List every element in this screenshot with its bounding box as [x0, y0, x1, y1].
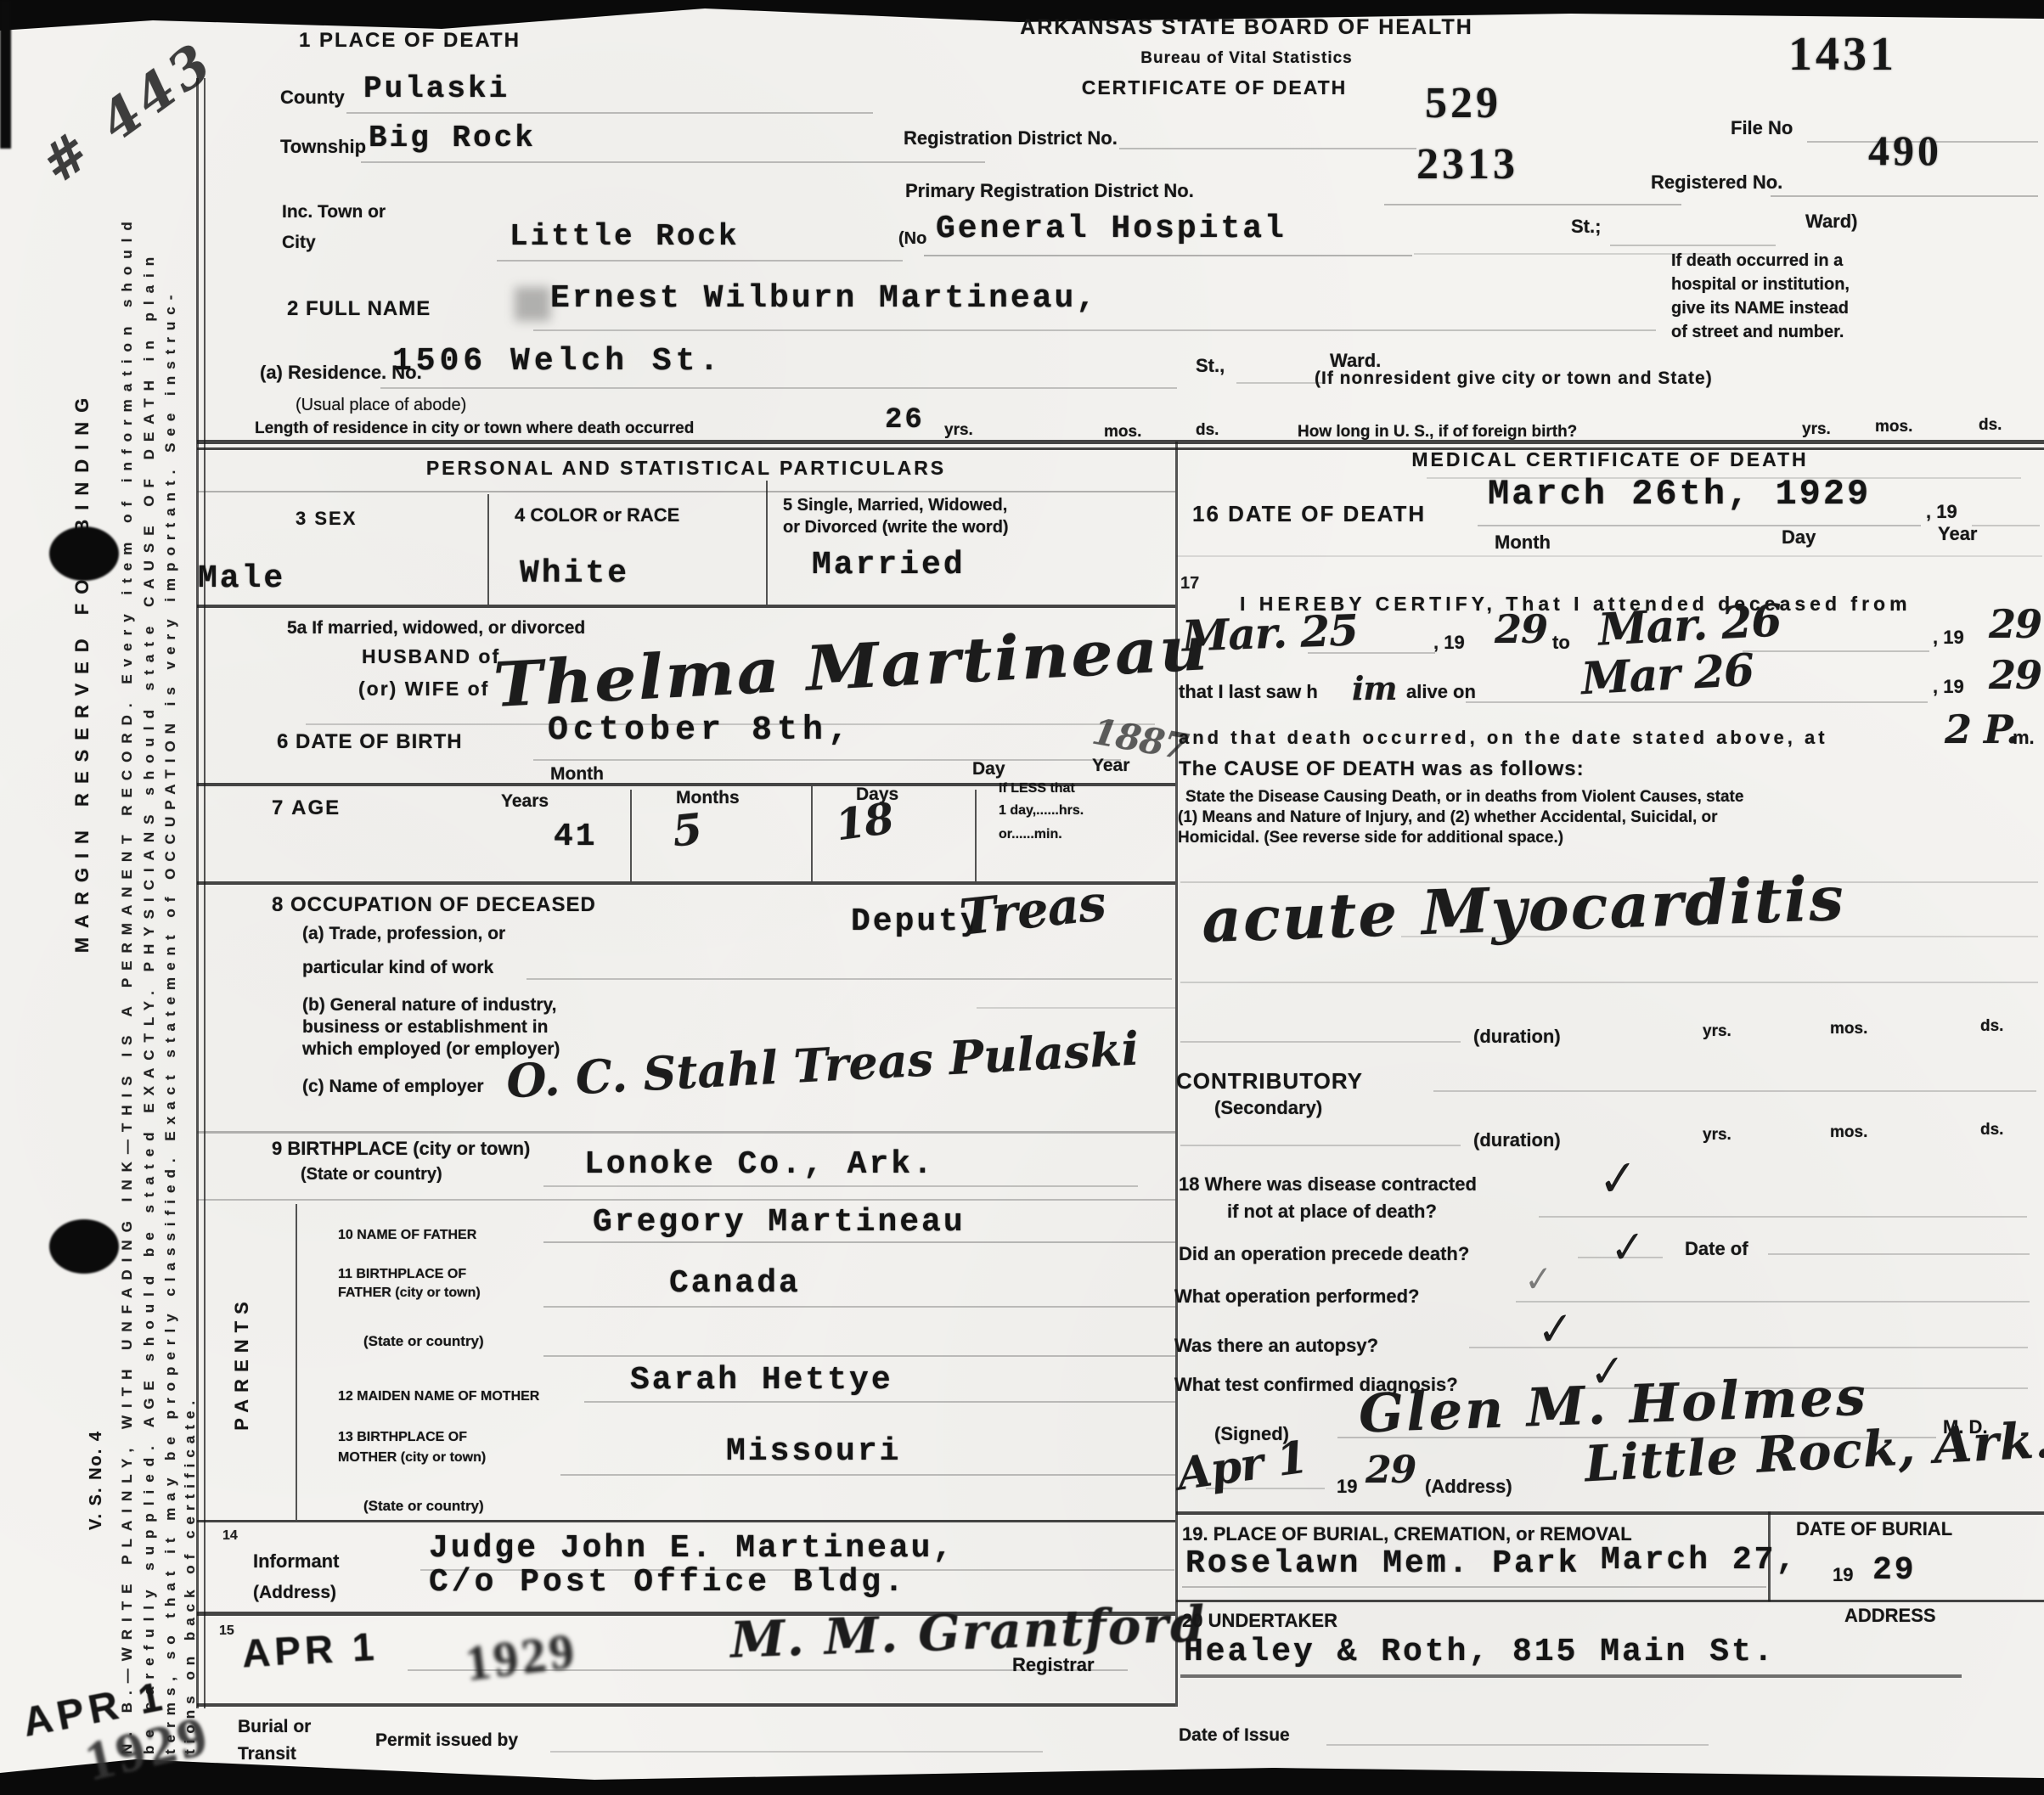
age-days-value: 18 [832, 793, 896, 851]
operation-performed-line [1516, 1301, 2030, 1303]
sign-pre19: 19 [1337, 1476, 1357, 1498]
undertaker-value: Healey & Roth, 815 Main St. [1184, 1634, 1776, 1670]
undertaker-label: 20 UNDERTAKER [1182, 1610, 1337, 1632]
registered-no-label: Registered No. [1651, 172, 1782, 194]
last-saw-yy: 29 [1989, 652, 2041, 698]
birthplace-label-2: (State or country) [301, 1165, 442, 1184]
autopsy-check-mark: ✓ [1536, 1302, 1574, 1358]
operation-performed-question: What operation performed? [1174, 1286, 1419, 1308]
undertaker-address-label: ADDRESS [1844, 1605, 1936, 1627]
mos-label-2: mos. [1875, 418, 1912, 436]
duration-label-1: (duration) [1473, 1026, 1561, 1048]
duration1-yrs: yrs. [1703, 1022, 1731, 1041]
dob-value: October 8th, [548, 712, 853, 750]
sex-table-bottom-rule [197, 605, 1175, 608]
operation-line-2 [1768, 1253, 2030, 1255]
last-saw-pre-text: that I last saw h [1179, 681, 1318, 703]
operation-date-of-label: Date of [1685, 1238, 1748, 1260]
reg-district-line [1119, 148, 1416, 149]
mother-maiden-label: 12 MAIDEN NAME OF MOTHER [338, 1389, 539, 1404]
medical-section-title: MEDICAL CERTIFICATE OF DEATH [1176, 448, 2044, 471]
duration2-mos: mos. [1830, 1123, 1867, 1142]
father-name-line [543, 1241, 1175, 1243]
autopsy-question: Was there an autopsy? [1174, 1335, 1378, 1357]
cause-note-3: Homicidal. (See reverse side for additio… [1178, 829, 1563, 847]
dob-year-label: Year [1092, 756, 1129, 776]
dob-month-label: Month [550, 764, 604, 785]
dob-line [533, 759, 1121, 761]
attended-line-2 [1743, 650, 1929, 652]
marital-value: Married [812, 547, 966, 583]
full-name-label: 2 FULL NAME [287, 297, 431, 321]
sex-table-top-rule [197, 491, 1175, 492]
form-left-border-inner [204, 78, 206, 1708]
residence-st-label: St., [1196, 355, 1225, 377]
cause-note-2: (1) Means and Nature of Injury, and (2) … [1178, 808, 1718, 827]
age-months-value: 5 [670, 803, 704, 856]
abode-note: (Usual place of abode) [296, 396, 466, 415]
father-birthplace-label-2: FATHER (city or town) [338, 1286, 481, 1301]
filed-year-stamp: 1929 [462, 1622, 580, 1692]
ds-label-2: ds. [1979, 416, 2002, 435]
duration-label-2: (duration) [1473, 1129, 1561, 1151]
cause-guide-3 [1180, 982, 2038, 983]
sign-date-script: Apr 1 [1174, 1432, 1310, 1501]
township-value: Big Rock [369, 121, 536, 155]
parents-bottom-rule [197, 1520, 1175, 1522]
registered-no-line [1771, 195, 2038, 197]
file-no-label: File No [1731, 117, 1793, 139]
secondary-label: (Secondary) [1214, 1097, 1322, 1119]
father-name-value: Gregory Martineau [593, 1204, 966, 1241]
burial-date-yy: 29 [1872, 1552, 1917, 1589]
occupation-a-label-1: (a) Trade, profession, or [302, 924, 505, 944]
cause-note-1: State the Disease Causing Death, or in d… [1185, 788, 1743, 807]
sign-date-line [1206, 1488, 1325, 1489]
form-left-border-outer [196, 78, 199, 1708]
age-years-header: Years [501, 791, 549, 812]
length-of-residence-value: 26 [885, 404, 925, 436]
burial-or-label: Burial or [238, 1717, 311, 1737]
township-line [361, 161, 985, 163]
filed-date-stamp: APR 1 [241, 1623, 380, 1676]
duration2-line [1180, 1145, 1461, 1146]
mother-birthplace-label-1: 13 BIRTHPLACE OF [338, 1430, 467, 1445]
hospital-note-1: If death occurred in a [1671, 251, 1843, 271]
q18-line-2: if not at place of death? [1227, 1201, 1437, 1223]
scan-edge-left [0, 0, 11, 149]
length-of-residence-label: Length of residence in city or town wher… [255, 419, 694, 438]
operation-question: Did an operation precede death? [1179, 1243, 1469, 1265]
father-name-label: 10 NAME OF FATHER [338, 1228, 476, 1243]
father-birthplace-value: Canada [669, 1265, 801, 1302]
undertaker-line [1180, 1674, 1962, 1678]
registrar-label: Registrar [1012, 1654, 1095, 1676]
last-saw-post-text: alive on [1406, 681, 1476, 703]
marital-label-2: or Divorced (write the word) [783, 518, 1009, 537]
father-birthplace-line [543, 1306, 1175, 1308]
last-saw-im-script: im [1352, 669, 1397, 707]
personal-section-title: PERSONAL AND STATISTICAL PARTICULARS [197, 457, 1175, 480]
last-saw-date: Mar 26 [1580, 644, 1755, 706]
prim-reg-district-no-stamp: 2313 [1416, 139, 1518, 189]
margin-binding-label: MARGIN RESERVED FOR BINDING [71, 374, 93, 968]
mother-maiden-value: Sarah Hettye [630, 1362, 893, 1398]
st-line [1610, 245, 1776, 246]
scan-edge-bottom [0, 1754, 2044, 1795]
hospital-note-3: give its NAME instead [1671, 299, 1849, 318]
autopsy-line [1469, 1347, 2028, 1348]
ds-label-1: ds. [1196, 421, 1219, 440]
occupation-label: 8 OCCUPATION OF DECEASED [272, 893, 596, 917]
ward-paren-label: Ward) [1805, 211, 1858, 233]
institution-value: General Hospital [936, 211, 1287, 247]
age-years-value: 41 [554, 819, 598, 855]
registrar-signature: M. M. Grantford [729, 1595, 1208, 1669]
institution-line [924, 255, 1412, 256]
form-number: V. S. No. 4 [87, 1343, 106, 1530]
date-of-death-value: March 26th, 1929 [1488, 474, 1871, 515]
mother-state-country-label: (State or country) [363, 1498, 484, 1515]
no-paren-label: (No [898, 229, 926, 249]
mother-birthplace-line [560, 1474, 1175, 1476]
dob-label: 6 DATE OF BIRTH [277, 730, 463, 754]
father-state-country-line [543, 1355, 1175, 1357]
reg-district-label: Registration District No. [904, 127, 1118, 149]
hospital-note-2: hospital or institution, [1671, 275, 1850, 295]
prim-reg-district-line [1384, 204, 1681, 205]
permit-line [550, 1751, 1043, 1753]
last-saw-line [1466, 701, 1928, 703]
q18-line-1: 18 Where was disease contracted [1179, 1173, 1477, 1196]
spouse-signature: Thelma Martineau [492, 611, 1211, 721]
bureau-subtitle: Bureau of Vital Statistics [949, 49, 1544, 68]
date-of-issue-label: Date of Issue [1179, 1725, 1290, 1746]
informant-number: 14 [222, 1528, 238, 1544]
residence-value: 1506 Welch St. [392, 343, 723, 380]
color-race-label: 4 COLOR or RACE [515, 504, 679, 526]
duration1-ds: ds. [1980, 1017, 2003, 1036]
sex-label: 3 SEX [296, 508, 357, 530]
mother-birthplace-label-2: MOTHER (city or town) [338, 1450, 486, 1466]
spouse-label-1: 5a If married, widowed, or divorced [287, 618, 585, 639]
spouse-label-3: (or) WIFE of [358, 678, 489, 701]
attended-to-word: to [1552, 632, 1570, 654]
marital-label-1: 5 Single, Married, Widowed, [783, 496, 1007, 515]
date-of-death-pre19: , 19 [1926, 501, 1957, 523]
occupation-bottom-rule [197, 1131, 1175, 1134]
birthplace-value: Lonoke Co., Ark. [584, 1146, 935, 1183]
age-divider-1 [630, 790, 632, 881]
occupation-b-line [977, 1007, 1175, 1009]
mos-label-1: mos. [1104, 423, 1141, 442]
full-name-value: Ernest Wilburn Martineau, [550, 280, 1098, 317]
birthplace-line [543, 1185, 1138, 1187]
dod-year-label: Year [1938, 523, 1978, 545]
occupation-a-line [526, 978, 1172, 980]
burial-date-label: DATE OF BURIAL [1796, 1518, 1952, 1540]
ink-smear [515, 287, 550, 321]
cause-of-death-heading: The CAUSE OF DEATH was as follows: [1179, 757, 1585, 781]
age-label: 7 AGE [272, 796, 341, 820]
informant-address-value: C/o Post Office Bldg. [429, 1564, 907, 1601]
dob-day-label: Day [972, 759, 1005, 779]
township-label: Township [280, 136, 366, 158]
residence-st-line [1236, 382, 1323, 384]
date-of-death-line [1478, 525, 1921, 526]
death-occurred-time: 2 P. [1945, 706, 2019, 752]
age-less-note-1: If LESS that [999, 781, 1075, 796]
date-of-death-year-line [1972, 525, 2040, 526]
dod-bottom-guide [1176, 555, 2042, 557]
how-long-us-label: How long in U. S., if of foreign birth? [1298, 423, 1577, 442]
cause-of-death-value: acute Myocarditis [1201, 862, 1846, 956]
margin-note-line2: be carefully supplied. AGE should be sta… [141, 48, 158, 1754]
registrar-number: 15 [219, 1623, 234, 1639]
operation-performed-check: ✓ [1523, 1258, 1553, 1302]
parents-side-label: PARENTS [231, 1214, 253, 1511]
informant-label: Informant [253, 1550, 339, 1573]
informant-value: Judge John E. Martineau, [429, 1530, 954, 1567]
attended-from-pre19: , 19 [1433, 632, 1465, 654]
registered-no-stamp: 490 [1868, 126, 1942, 175]
county-line [346, 112, 873, 114]
last-saw-pre19: , 19 [1933, 676, 1964, 698]
city-label: City [282, 233, 316, 253]
hospital-note-4: of street and number. [1671, 323, 1844, 342]
burial-date-value: March 27, [1601, 1542, 1798, 1578]
reg-district-no-stamp: 529 [1425, 78, 1501, 128]
burial-place-value: Roselawn Mem. Park [1185, 1545, 1579, 1582]
age-divider-2 [811, 786, 813, 881]
left-box-bottom-rule [197, 1703, 1175, 1707]
occupation-b-label-1: (b) General nature of industry, [302, 995, 556, 1016]
father-birthplace-label-1: 11 BIRTHPLACE OF [338, 1267, 466, 1282]
parents-bracket-line [296, 1204, 297, 1520]
birthplace-label-1: 9 BIRTHPLACE (city or town) [272, 1138, 530, 1160]
death-occurred-m: m. [2013, 727, 2035, 749]
burial-place-line [1182, 1586, 1766, 1588]
dod-day-label: Day [1782, 526, 1816, 549]
spouse-label-2: HUSBAND of [362, 645, 500, 668]
yrs-label-1: yrs. [944, 421, 973, 440]
residence-line [380, 387, 1177, 389]
place-of-death-label: 1 PLACE OF DEATH [299, 29, 521, 53]
item-17-number: 17 [1180, 574, 1199, 594]
duration1-line [1180, 1041, 1461, 1043]
color-race-value: White [520, 555, 629, 592]
certificate-title: CERTIFICATE OF DEATH [917, 76, 1512, 99]
contributory-line [1433, 1090, 2036, 1092]
age-less-note-2: 1 day,......hrs. [999, 803, 1084, 819]
hole-punch-bottom [49, 1219, 119, 1274]
occupation-a-script: Treas [957, 874, 1108, 947]
mother-maiden-line [584, 1401, 1175, 1403]
age-less-note-3: or......min. [999, 827, 1062, 842]
city-line [497, 260, 903, 262]
occupation-c-script: O. C. Stahl Treas Pulaski [505, 1021, 1140, 1109]
attended-from-yy: 29 [1495, 606, 1547, 652]
date-of-death-label: 16 DATE OF DEATH [1192, 501, 1426, 527]
city-value: Little Rock [510, 219, 740, 254]
sex-color-divider [487, 494, 489, 605]
occupation-a-label-2: particular kind of work [302, 958, 493, 978]
death-certificate-scan: # 443 MARGIN RESERVED FOR BINDING N. B.—… [0, 0, 2044, 1795]
operation-check-mark: ✓ [1609, 1220, 1647, 1275]
occupation-b-label-2: business or establishment in [302, 1017, 548, 1038]
attended-line-1 [1308, 652, 1435, 654]
hole-punch-top [49, 526, 119, 581]
duration2-ds: ds. [1980, 1121, 2003, 1139]
occupation-c-label: (c) Name of employer [302, 1077, 484, 1097]
board-title: ARKANSAS STATE BOARD OF HEALTH [949, 15, 1544, 40]
duration1-mos: mos. [1830, 1020, 1867, 1038]
undertaker-top-rule [1176, 1600, 2044, 1602]
st-semicolon-label: St.; [1571, 216, 1601, 238]
informant-address-label: (Address) [253, 1583, 336, 1603]
margin-note-line3: terms, so that it may be properly classi… [162, 48, 179, 1754]
contributory-label: CONTRIBUTORY [1176, 1068, 1363, 1094]
transit-label: Transit [238, 1744, 296, 1764]
certificate-no-stamp: 1431 [1788, 27, 1897, 82]
sign-yy: 29 [1365, 1449, 1416, 1492]
sex-value: Male [198, 560, 285, 597]
q18-check-mark: ✓ [1597, 1149, 1639, 1210]
margin-note-line1: N. B.—WRITE PLAINLY, WITH UNFADING INK—T… [119, 48, 136, 1754]
county-label: County [280, 87, 345, 109]
mother-birthplace-value: Missouri [726, 1433, 901, 1470]
date-of-issue-line [1326, 1744, 1709, 1746]
county-value: Pulaski [363, 71, 510, 106]
nonresident-note: (If nonresident give city or town and St… [1315, 369, 1713, 389]
burial-top-rule [1176, 1511, 2044, 1515]
yrs-label-2: yrs. [1802, 420, 1831, 439]
age-divider-3 [975, 790, 977, 881]
attended-to-pre19: , 19 [1933, 627, 1964, 649]
full-name-line [533, 329, 1656, 331]
q18-line [1539, 1216, 2027, 1218]
dod-month-label: Month [1495, 532, 1551, 554]
death-occurred-text: and that death occurred, on the date sta… [1179, 727, 1828, 749]
color-marital-divider [766, 481, 768, 605]
father-state-country-label: (State or country) [363, 1333, 484, 1350]
permit-issued-label: Permit issued by [375, 1730, 518, 1751]
duration2-yrs: yrs. [1703, 1126, 1731, 1145]
operation-line-1 [1578, 1257, 1663, 1258]
parents-top-rule [197, 1199, 1175, 1201]
prim-reg-district-label: Primary Registration District No. [905, 180, 1194, 202]
inc-town-label: Inc. Town or [282, 202, 386, 222]
burial-date-pre19: 19 [1833, 1564, 1853, 1586]
sign-address-label: (Address) [1425, 1476, 1512, 1498]
burial-place-label: 19. PLACE OF BURIAL, CREMATION, or REMOV… [1182, 1523, 1632, 1545]
attended-to-yy: 29 [1989, 601, 2041, 647]
